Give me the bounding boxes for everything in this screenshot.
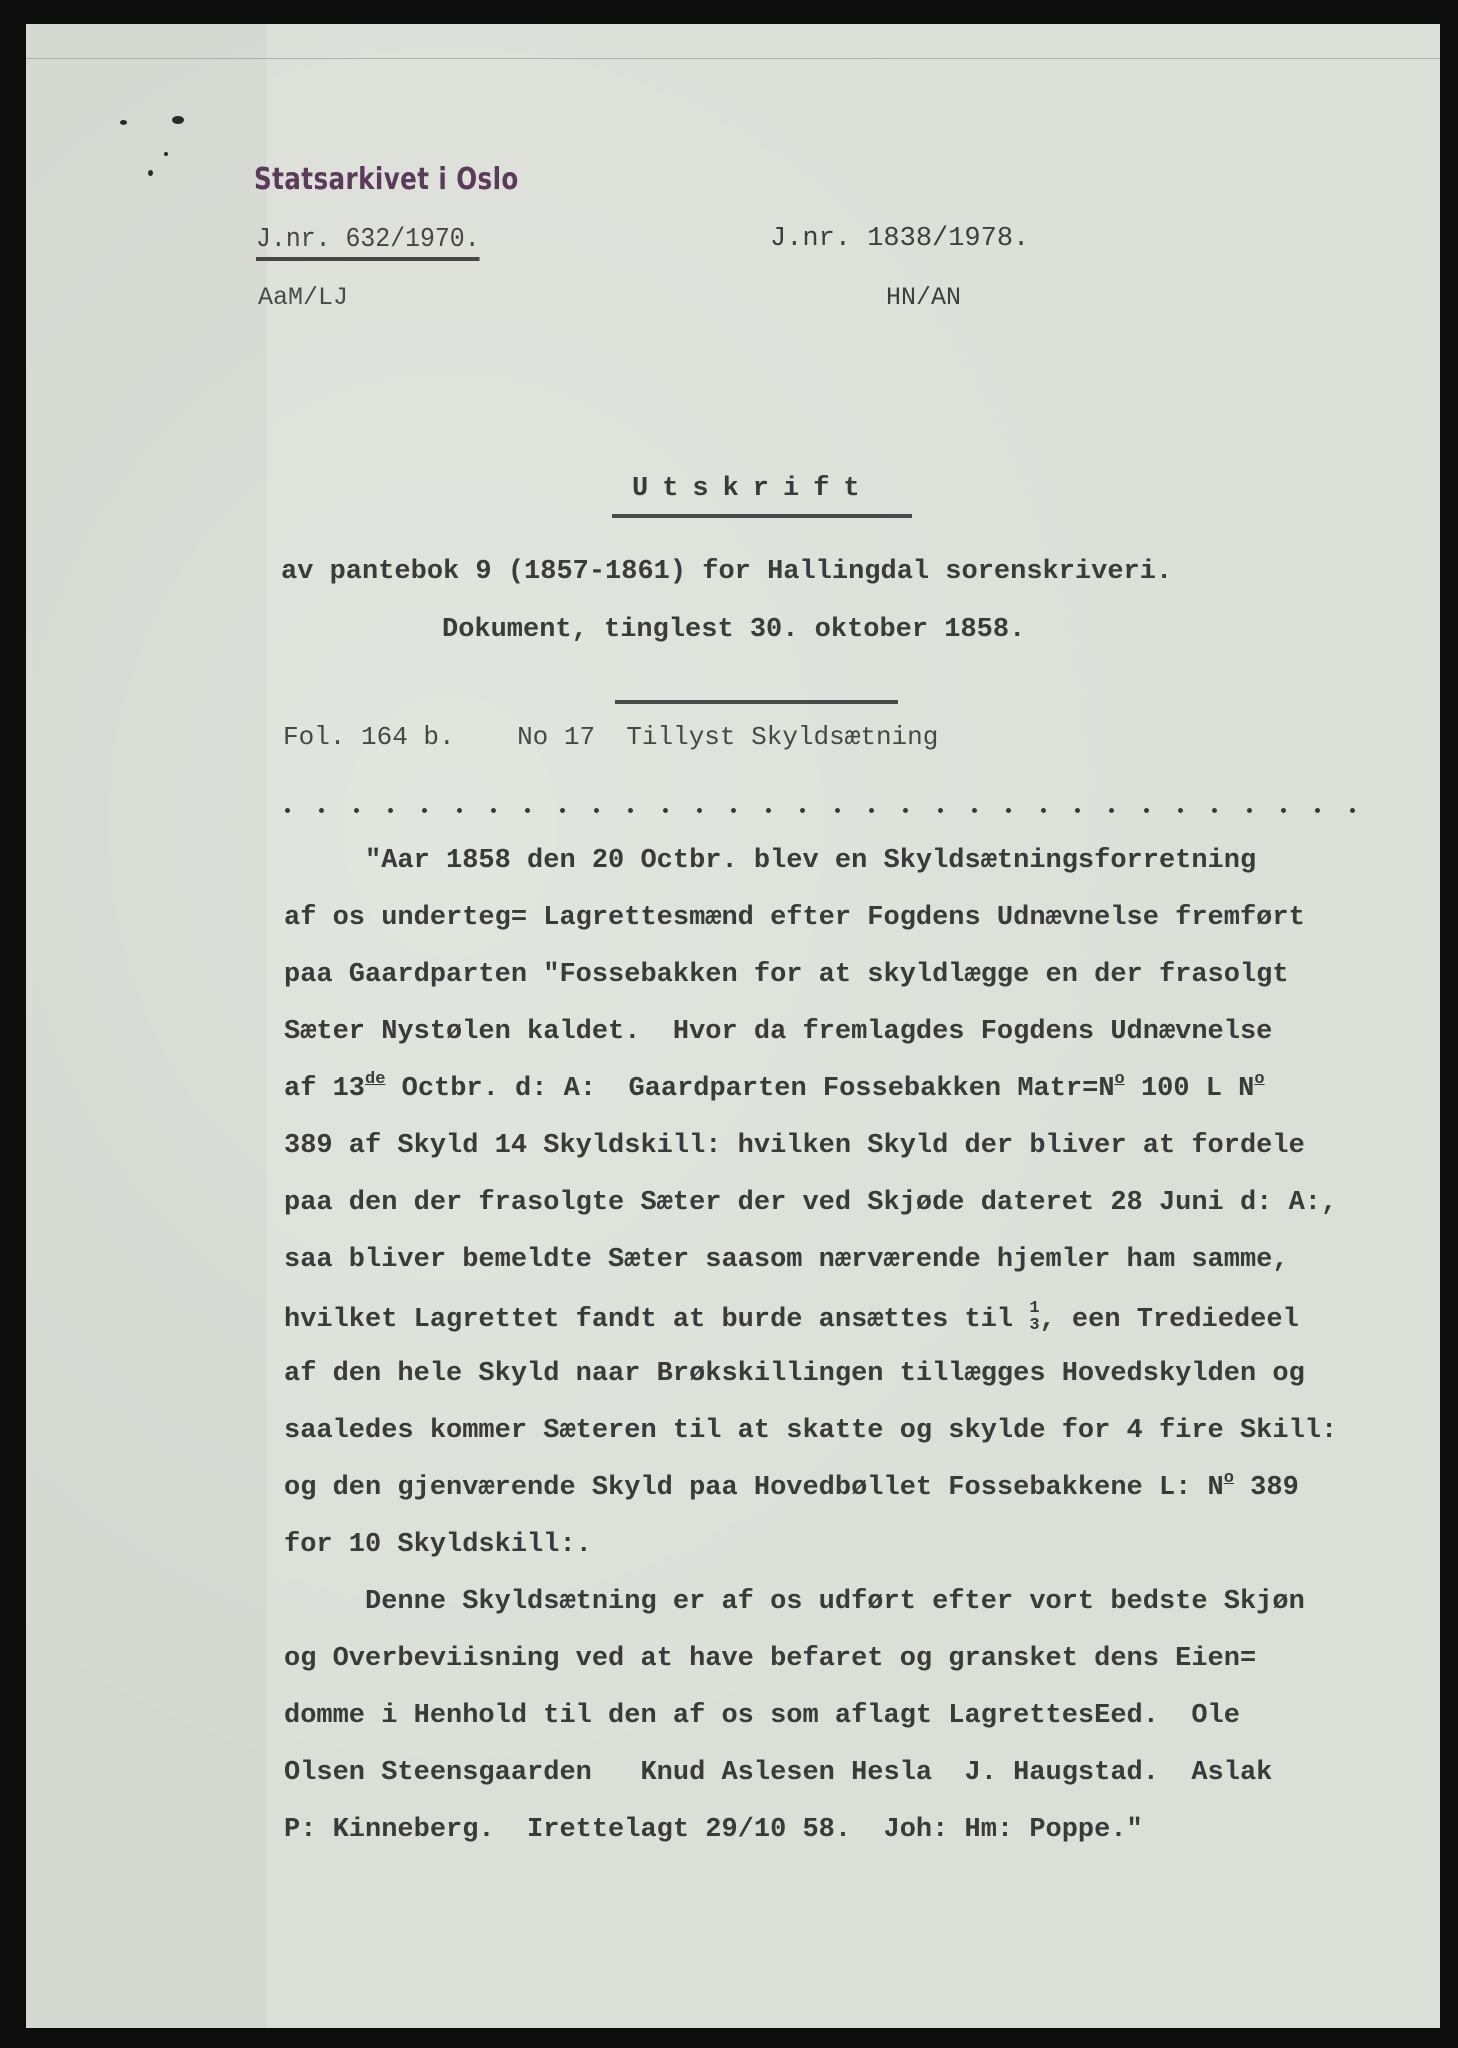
body-line: P: Kinneberg. Irettelagt 29/10 58. Joh: … bbox=[284, 1815, 1143, 1845]
ellipsis-dots bbox=[285, 808, 1355, 813]
body-line: Olsen Steensgaarden Knud Aslesen Hesla J… bbox=[284, 1758, 1272, 1788]
document-title: Utskrift bbox=[632, 474, 874, 504]
folio-line: Fol. 164 b. No 17 Tillyst Skyldsætning bbox=[283, 722, 938, 752]
archive-stamp: Statsarkivet i Oslo bbox=[254, 162, 519, 197]
reference-initials-left: AaM/LJ bbox=[258, 283, 348, 312]
title-underline bbox=[612, 514, 912, 518]
subtitle-line-1: av pantebok 9 (1857-1861) for Hallingdal… bbox=[281, 557, 1172, 587]
body-line: paa Gaardparten "Fossebakken for at skyl… bbox=[284, 960, 1289, 990]
entry-heading: Tillyst Skyldsætning bbox=[626, 722, 938, 752]
body-line-13de: af 13de Octbr. d: A: Gaardparten Fosseba… bbox=[284, 1074, 1265, 1104]
body-line: Sæter Nystølen kaldet. Hvor da fremlagde… bbox=[284, 1017, 1272, 1047]
body-line: af den hele Skyld naar Brøkskillingen ti… bbox=[284, 1359, 1305, 1389]
body-line: domme i Henhold til den af os som aflagt… bbox=[284, 1701, 1240, 1731]
folio-reference: Fol. 164 b. bbox=[283, 722, 455, 752]
body-line: for 10 Skyldskill:. bbox=[284, 1530, 592, 1560]
journal-number-left: J.nr. 632/1970. bbox=[256, 225, 480, 261]
body-line: og Overbeviisning ved at have befaret og… bbox=[284, 1644, 1256, 1674]
body-line: "Aar 1858 den 20 Octbr. blev en Skyldsæt… bbox=[284, 846, 1256, 876]
body-line: 389 af Skyld 14 Skyldskill: hvilken Skyl… bbox=[284, 1131, 1305, 1161]
fold-line bbox=[26, 58, 1440, 59]
body-line: saaledes kommer Sæteren til at skatte og… bbox=[284, 1416, 1337, 1446]
section-divider bbox=[615, 700, 898, 704]
body-line-fraction: hvilket Lagrettet fandt at burde ansætte… bbox=[284, 1302, 1299, 1336]
body-line: paa den der frasolgte Sæter der ved Skjø… bbox=[284, 1188, 1337, 1218]
one-third-fraction: 13 bbox=[1029, 1300, 1039, 1334]
body-line: af os underteg= Lagrettesmænd efter Fogd… bbox=[284, 903, 1305, 933]
body-line: Denne Skyldsætning er af os udført efter… bbox=[284, 1587, 1305, 1617]
ink-specks bbox=[116, 116, 196, 186]
subtitle-line-2: Dokument, tinglest 30. oktober 1858. bbox=[442, 615, 1025, 645]
entry-number: No 17 bbox=[517, 722, 595, 752]
journal-number-right: J.nr. 1838/1978. bbox=[770, 224, 1029, 254]
body-line-gjen: og den gjenværende Skyld paa Hovedbøllet… bbox=[284, 1473, 1299, 1503]
reference-initials-right: HN/AN bbox=[886, 283, 961, 312]
body-line: saa bliver bemeldte Sæter saasom nærvære… bbox=[284, 1245, 1289, 1275]
